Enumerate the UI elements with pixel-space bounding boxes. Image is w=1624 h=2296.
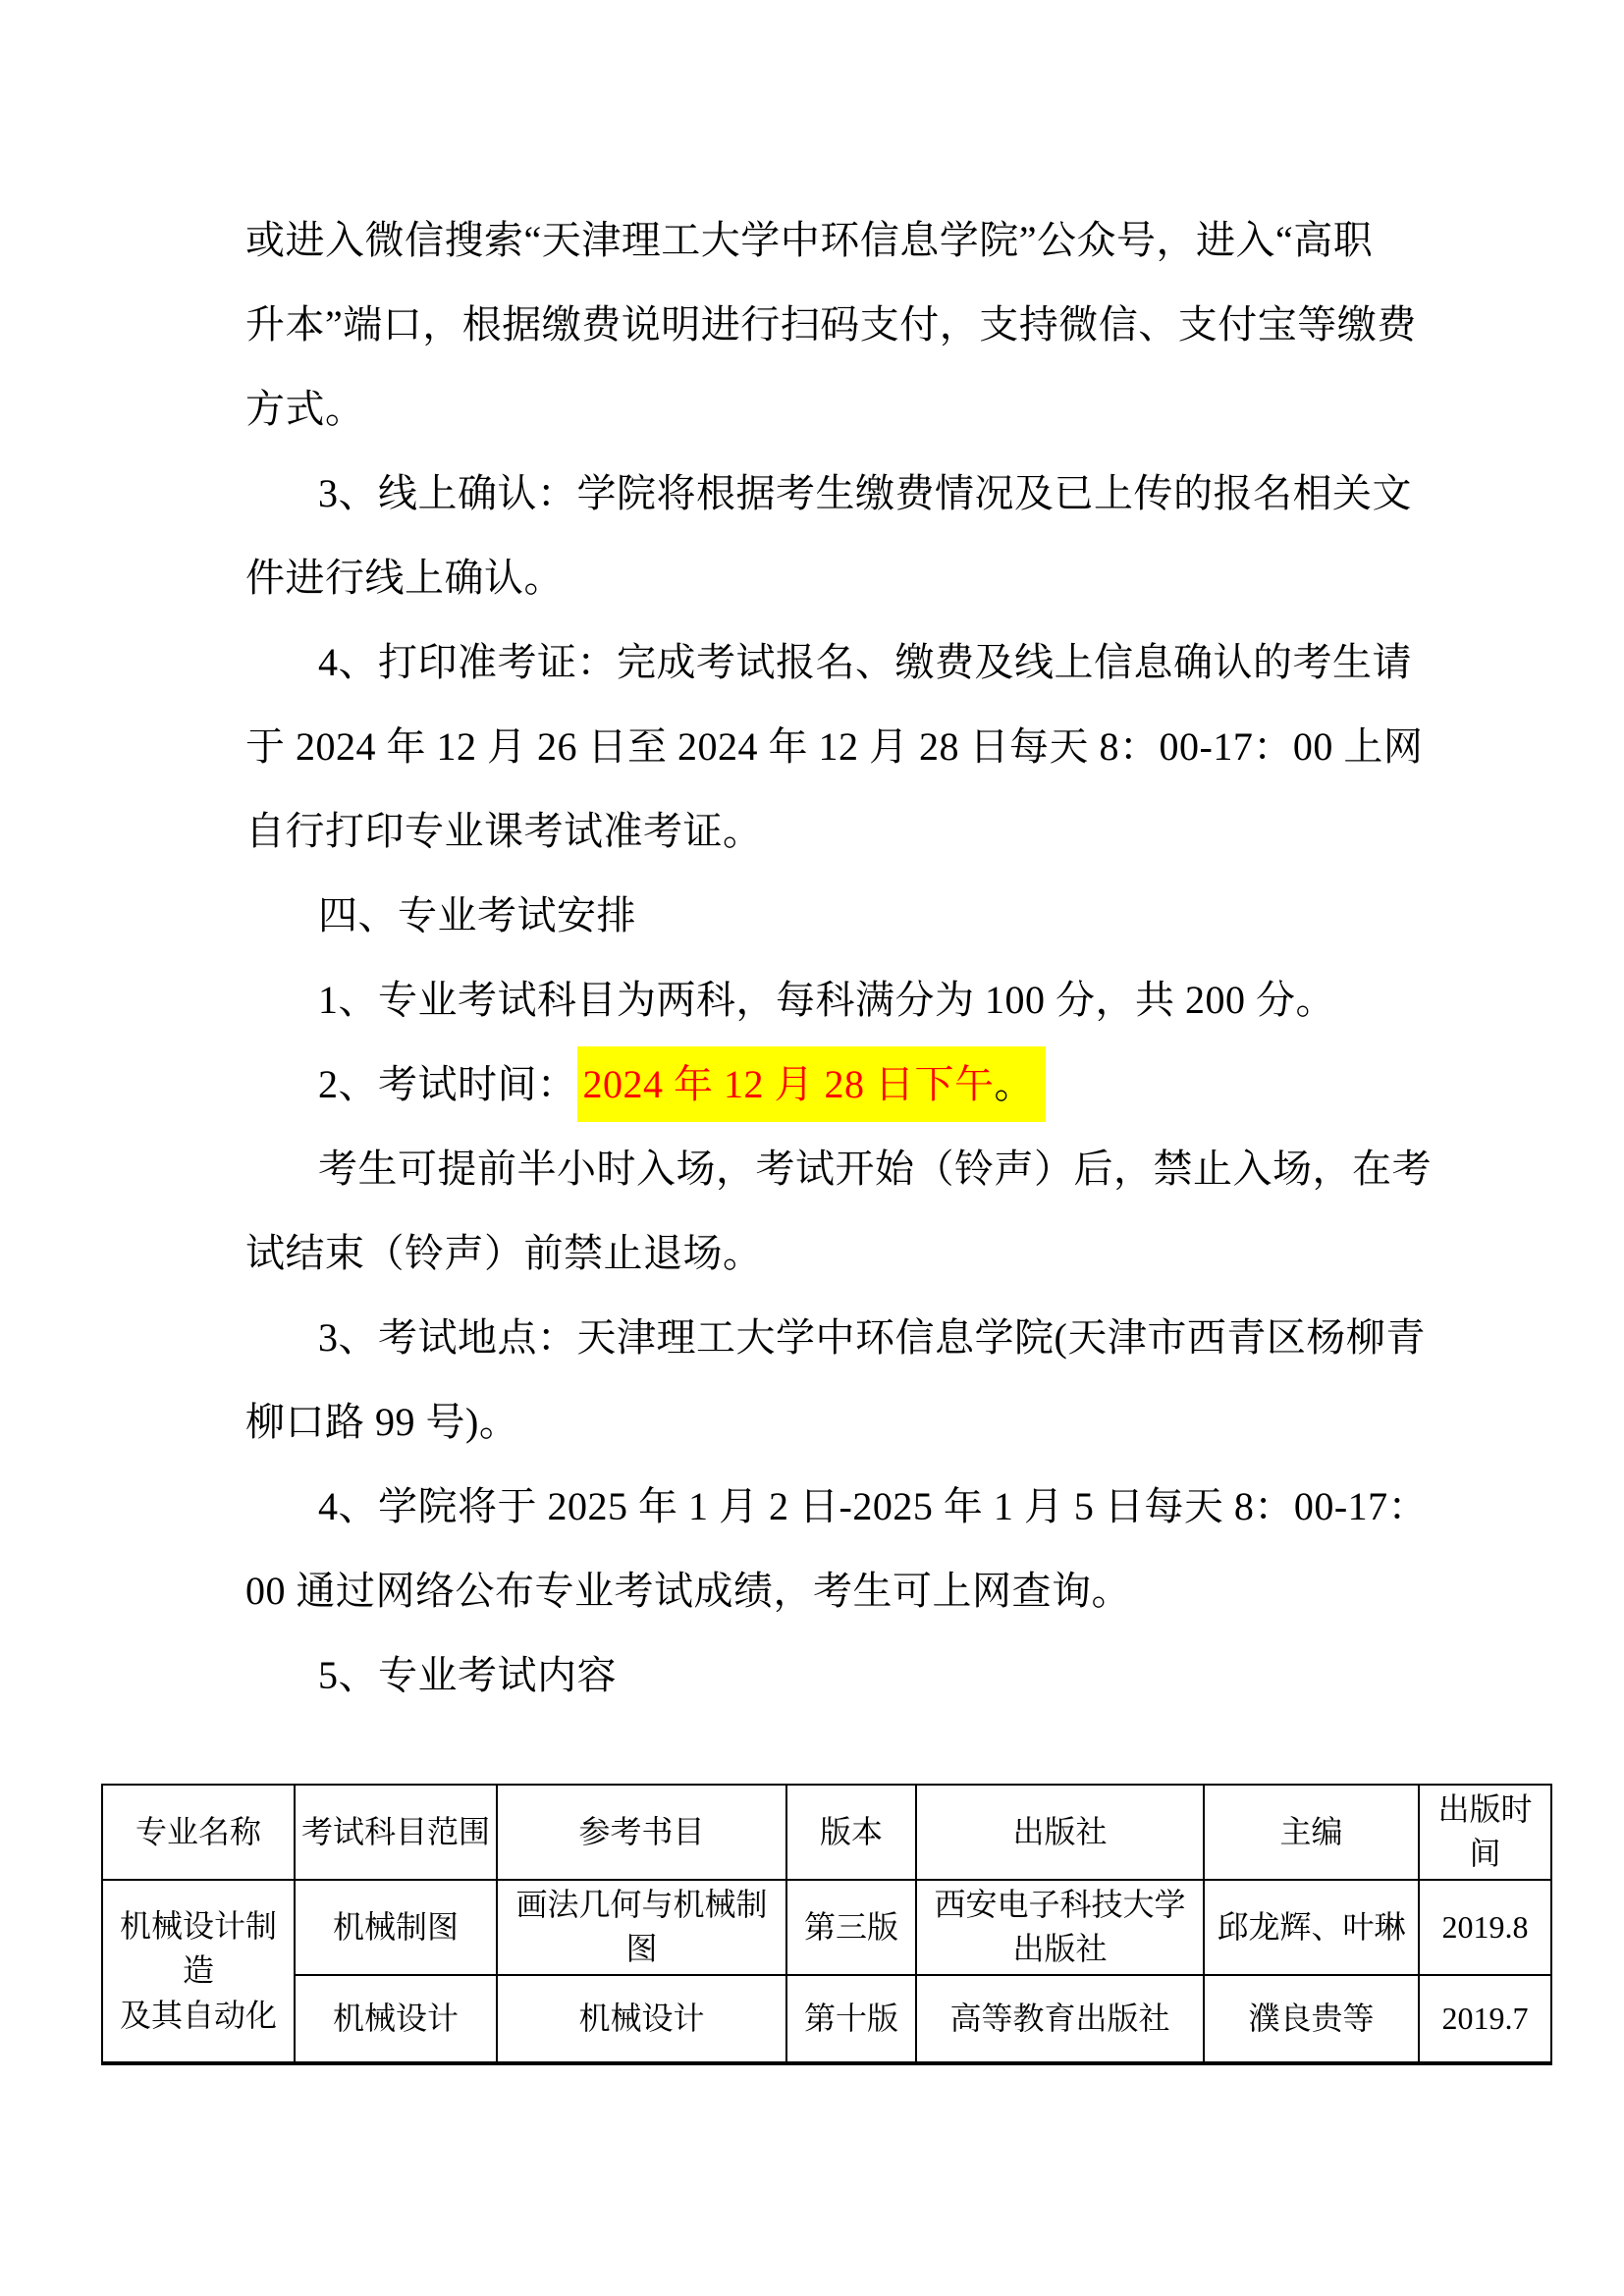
- cell-subject: 机械设计: [295, 1975, 497, 2063]
- header-subject-scope: 考试科目范围: [295, 1785, 497, 1880]
- cell-book: 机械设计: [497, 1975, 786, 2063]
- doc-line: 00 通过网络公布专业考试成绩，考生可上网查询。: [245, 1549, 1382, 1633]
- doc-line-online-confirm: 3、线上确认：学院将根据考生缴费情况及已上传的报名相关文: [245, 452, 1382, 536]
- header-editor: 主编: [1204, 1785, 1419, 1880]
- table-header-row: 专业名称 考试科目范围 参考书目 版本 出版社 主编 出版时间: [102, 1785, 1551, 1880]
- doc-line: 或进入微信搜索“天津理工大学中环信息学院”公众号，进入“高职: [245, 198, 1382, 283]
- doc-line: 升本”端口，根据缴费说明进行扫码支付，支持微信、支付宝等缴费: [245, 283, 1382, 367]
- doc-line-exam-location: 3、考试地点：天津理工大学中环信息学院(天津市西青区杨柳青: [245, 1296, 1382, 1380]
- cell-major: 机械设计制造 及其自动化: [102, 1880, 295, 2063]
- doc-line-exam-content-heading: 5、专业考试内容: [245, 1633, 1382, 1718]
- exam-date-period: 。: [995, 1062, 1035, 1106]
- table-row: 机械设计制造 及其自动化 机械制图 画法几何与机械制图 第三版 西安电子科技大学…: [102, 1880, 1551, 1975]
- highlighted-exam-date: 2024 年 12 月 28 日下午。: [577, 1046, 1047, 1122]
- document-body: 或进入微信搜索“天津理工大学中环信息学院”公众号，进入“高职 升本”端口，根据缴…: [245, 198, 1382, 1718]
- header-pub-date: 出版时间: [1419, 1785, 1551, 1880]
- cell-pub-date: 2019.8: [1419, 1880, 1551, 1975]
- section-heading-exam-arrangement: 四、专业考试安排: [245, 874, 1382, 958]
- cell-publisher: 西安电子科技大学 出版社: [916, 1880, 1204, 1975]
- doc-line: 于 2024 年 12 月 26 日至 2024 年 12 月 28 日每天 8…: [245, 705, 1382, 789]
- header-edition: 版本: [786, 1785, 916, 1880]
- doc-line: 件进行线上确认。: [245, 536, 1382, 620]
- doc-line: 自行打印专业课考试准考证。: [245, 789, 1382, 874]
- header-major: 专业名称: [102, 1785, 295, 1880]
- doc-line-subjects-scores: 1、专业考试科目为两科，每科满分为 100 分，共 200 分。: [245, 958, 1382, 1042]
- cell-publisher: 高等教育出版社: [916, 1975, 1204, 2063]
- header-reference-book: 参考书目: [497, 1785, 786, 1880]
- header-publisher: 出版社: [916, 1785, 1204, 1880]
- cell-editor: 邱龙辉、叶琳: [1204, 1880, 1419, 1975]
- cell-edition: 第三版: [786, 1880, 916, 1975]
- exam-time-label: 2、考试时间：: [318, 1062, 577, 1106]
- exam-date-text: 2024 年 12 月 28 日下午: [583, 1062, 995, 1106]
- doc-line-print-ticket: 4、打印准考证：完成考试报名、缴费及线上信息确认的考生请: [245, 620, 1382, 705]
- doc-line-score-publish: 4、学院将于 2025 年 1 月 2 日-2025 年 1 月 5 日每天 8…: [245, 1465, 1382, 1549]
- doc-line-entry-rules: 考生可提前半小时入场，考试开始（铃声）后，禁止入场，在考: [245, 1127, 1382, 1211]
- doc-line: 试结束（铃声）前禁止退场。: [245, 1211, 1382, 1296]
- exam-content-table: 专业名称 考试科目范围 参考书目 版本 出版社 主编 出版时间 机械设计制造 及…: [101, 1784, 1552, 2065]
- cell-subject: 机械制图: [295, 1880, 497, 1975]
- cell-pub-date: 2019.7: [1419, 1975, 1551, 2063]
- cell-edition: 第十版: [786, 1975, 916, 2063]
- cell-book: 画法几何与机械制图: [497, 1880, 786, 1975]
- doc-line: 柳口路 99 号)。: [245, 1380, 1382, 1465]
- document-page: 或进入微信搜索“天津理工大学中环信息学院”公众号，进入“高职 升本”端口，根据缴…: [0, 0, 1624, 2296]
- cell-editor: 濮良贵等: [1204, 1975, 1419, 2063]
- doc-line: 方式。: [245, 367, 1382, 452]
- doc-line-exam-time: 2、考试时间：2024 年 12 月 28 日下午。: [245, 1042, 1382, 1127]
- table-row: 机械设计 机械设计 第十版 高等教育出版社 濮良贵等 2019.7: [102, 1975, 1551, 2063]
